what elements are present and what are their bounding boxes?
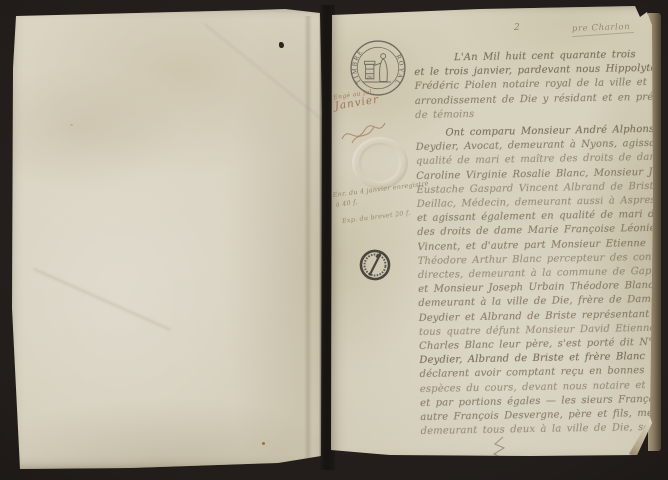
- paper-fold-shadow: [304, 16, 312, 464]
- svg-text:ROYAL: ROYAL: [392, 54, 405, 87]
- left-page: [10, 8, 322, 470]
- manuscript-line: de témoins: [415, 105, 653, 123]
- paper-crease: [33, 268, 171, 331]
- rust-speck: [262, 442, 265, 445]
- embossed-seal: [352, 137, 408, 189]
- corner-annotation: pre Charlon: [572, 22, 634, 36]
- zigzag-flourish-icon: [490, 435, 510, 471]
- manuscript-line: demeurant tous deux à la ville de Die, s…: [421, 421, 659, 439]
- embossed-seal-inner: [359, 143, 401, 183]
- right-page: 2 pre Charlon TIMBRE ROYAL: [330, 5, 658, 463]
- manuscript-text: L'An Mil huit cent quarante trois et le …: [414, 48, 659, 440]
- ink-speck: [279, 42, 284, 48]
- page-number: 2: [514, 23, 520, 33]
- registration-note: Engé au fol. Janvier: [333, 88, 380, 113]
- round-ink-stamp-icon: [355, 245, 396, 286]
- scanned-document: 2 pre Charlon TIMBRE ROYAL: [0, 0, 668, 480]
- paper-speck: [70, 124, 73, 126]
- svg-text:20c: 20c: [367, 74, 373, 79]
- timbre-royal-stamp-icon: TIMBRE ROYAL 20c: [349, 39, 407, 97]
